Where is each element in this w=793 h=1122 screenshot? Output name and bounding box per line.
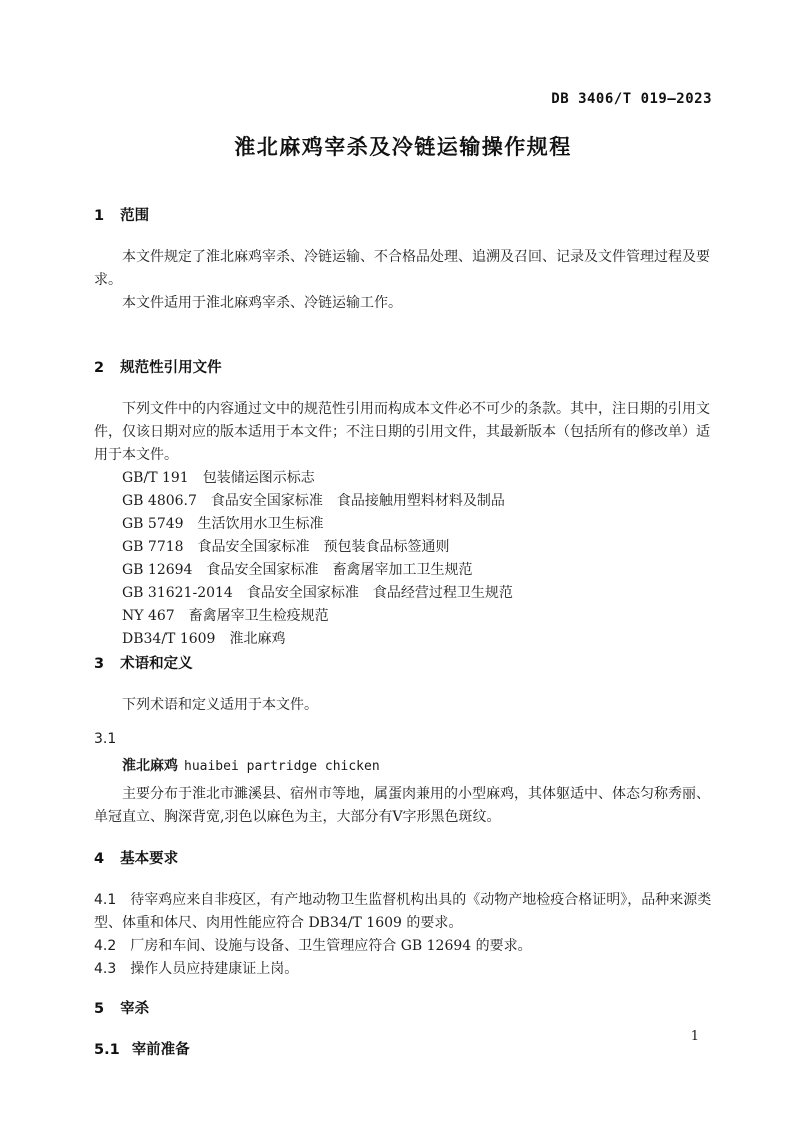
clause-4-2-number: 4.2	[94, 938, 116, 954]
clause-4-3-text: 操作人员应持建康证上岗。	[130, 961, 298, 977]
reference-item: GB 31621-2014 食品安全国家标准 食品经营过程卫生规范	[94, 582, 712, 605]
section-1-number: 1	[94, 208, 104, 224]
reference-item: GB/T 191 包装储运图示标志	[94, 467, 712, 490]
reference-item: GB 4806.7 食品安全国家标准 食品接触用塑料材料及制品	[94, 490, 712, 513]
section-5-heading: 5宰杀	[94, 998, 712, 1021]
section-5-1-title: 宰前准备	[132, 1042, 190, 1058]
section-3-intro: 下列术语和定义适用于本文件。	[94, 694, 712, 717]
section-4-heading: 4基本要求	[94, 848, 712, 871]
section-5-1-number: 5.1	[94, 1042, 120, 1058]
section-5-title: 宰杀	[120, 1001, 149, 1017]
clause-4-3-number: 4.3	[94, 961, 116, 977]
reference-item: GB 12694 食品安全国家标准 畜禽屠宰加工卫生规范	[94, 559, 712, 582]
document-page: DB 3406/T 019—2023 淮北麻鸡宰杀及冷链运输操作规程 1范围 本…	[0, 0, 793, 1122]
clause-4-1-number: 4.1	[94, 892, 116, 908]
page-number: 1	[691, 1028, 699, 1046]
clause-4-2-text: 厂房和车间、设施与设备、卫生管理应符合 GB 12694 的要求。	[130, 938, 531, 954]
section-4-number: 4	[94, 851, 104, 867]
section-3-title: 术语和定义	[120, 656, 193, 672]
page-title: 淮北麻鸡宰杀及冷链运输操作规程	[94, 131, 712, 163]
section-2-intro: 下列文件中的内容通过文中的规范性引用而构成本文件必不可少的条款。其中，注日期的引…	[94, 398, 712, 467]
section-3-heading: 3术语和定义	[94, 653, 712, 676]
term-name-chinese: 淮北麻鸡	[122, 758, 178, 774]
clause-4-2: 4.2厂房和车间、设施与设备、卫生管理应符合 GB 12694 的要求。	[94, 935, 712, 958]
section-5-number: 5	[94, 1001, 104, 1017]
clause-4-1: 4.1待宰鸡应来自非疫区，有产地动物卫生监督机构出具的《动物产地检疫合格证明》，…	[94, 889, 712, 935]
clause-4-1-text: 待宰鸡应来自非疫区，有产地动物卫生监督机构出具的《动物产地检疫合格证明》，品种来…	[94, 892, 711, 931]
normative-references-list: GB/T 191 包装储运图示标志 GB 4806.7 食品安全国家标准 食品接…	[94, 467, 712, 651]
section-5-1-heading: 5.1宰前准备	[94, 1039, 712, 1062]
section-1-title: 范围	[120, 208, 149, 224]
term-name-english: huaibei partridge chicken	[184, 759, 380, 774]
section-2-heading: 2规范性引用文件	[94, 357, 712, 380]
reference-item: GB 5749 生活饮用水卫生标准	[94, 513, 712, 536]
term-3-1-number: 3.1	[94, 728, 712, 751]
term-3-1: 淮北麻鸡huaibei partridge chicken	[94, 755, 712, 778]
section-1-paragraph-1: 本文件规定了淮北麻鸡宰杀、冷链运输、不合格品处理、追溯及召回、记录及文件管理过程…	[94, 246, 712, 292]
section-1-paragraph-2: 本文件适用于淮北麻鸡宰杀、冷链运输工作。	[94, 292, 712, 315]
reference-item: DB34/T 1609 淮北麻鸡	[94, 628, 712, 651]
reference-item: GB 7718 食品安全国家标准 预包装食品标签通则	[94, 536, 712, 559]
reference-item: NY 467 畜禽屠宰卫生检疫规范	[94, 605, 712, 628]
section-1-heading: 1范围	[94, 205, 712, 228]
section-3-number: 3	[94, 656, 104, 672]
section-4-title: 基本要求	[120, 851, 178, 867]
clause-4-3: 4.3操作人员应持建康证上岗。	[94, 958, 712, 981]
doc-number: DB 3406/T 019—2023	[94, 90, 712, 109]
section-2-number: 2	[94, 360, 104, 376]
section-2-title: 规范性引用文件	[120, 360, 222, 376]
term-3-1-definition: 主要分布于淮北市濉溪县、宿州市等地，属蛋肉兼用的小型麻鸡，其体躯适中、体态匀称秀…	[94, 783, 712, 829]
